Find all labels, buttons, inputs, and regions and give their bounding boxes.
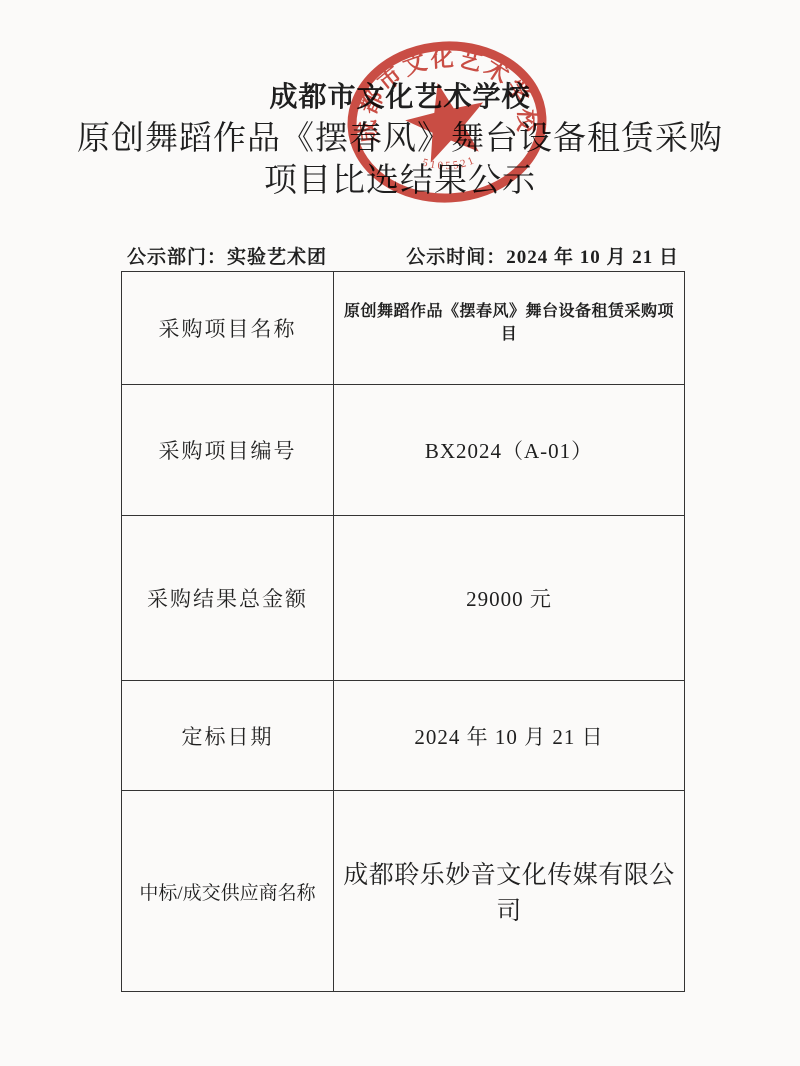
row-label: 采购项目编号 (122, 385, 334, 515)
row-label: 采购项目名称 (122, 272, 334, 384)
publish-time: 公示时间：2024 年 10 月 21 日 (406, 242, 679, 269)
table-row-total-amount: 采购结果总金额 29000 元 (122, 515, 684, 680)
meta-line: 公示部门：实验艺术团 公示时间：2024 年 10 月 21 日 (121, 242, 685, 269)
row-value: BX2024（A-01） (334, 385, 684, 515)
row-label: 中标/成交供应商名称 (122, 791, 334, 991)
row-value: 成都聆乐妙音文化传媒有限公司 (334, 791, 684, 991)
doc-title-line-2: 项目比选结果公示 (0, 160, 800, 202)
row-label: 采购结果总金额 (122, 516, 334, 680)
publish-department: 公示部门：实验艺术团 (127, 242, 327, 269)
result-table: 采购项目名称 原创舞蹈作品《摆春风》舞台设备租赁采购项目 采购项目编号 BX20… (121, 271, 685, 992)
table-row-project-name: 采购项目名称 原创舞蹈作品《摆春风》舞台设备租赁采购项目 (122, 272, 684, 384)
row-value: 29000 元 (334, 516, 684, 680)
announcement-page: 成都市文化艺术学校 原创舞蹈作品《摆春风》舞台设备租赁采购 项目比选结果公示 成… (0, 0, 800, 1066)
table-row-project-number: 采购项目编号 BX2024（A-01） (122, 384, 684, 515)
table-row-supplier-name: 中标/成交供应商名称 成都聆乐妙音文化传媒有限公司 (122, 790, 684, 991)
table-row-award-date: 定标日期 2024 年 10 月 21 日 (122, 680, 684, 790)
doc-title-line-1: 原创舞蹈作品《摆春风》舞台设备租赁采购 (0, 118, 800, 160)
row-value: 2024 年 10 月 21 日 (334, 681, 684, 790)
row-label: 定标日期 (122, 681, 334, 790)
title-block: 成都市文化艺术学校 原创舞蹈作品《摆春风》舞台设备租赁采购 项目比选结果公示 (0, 78, 800, 202)
row-value: 原创舞蹈作品《摆春风》舞台设备租赁采购项目 (334, 272, 684, 384)
school-name: 成都市文化艺术学校 (0, 78, 800, 118)
